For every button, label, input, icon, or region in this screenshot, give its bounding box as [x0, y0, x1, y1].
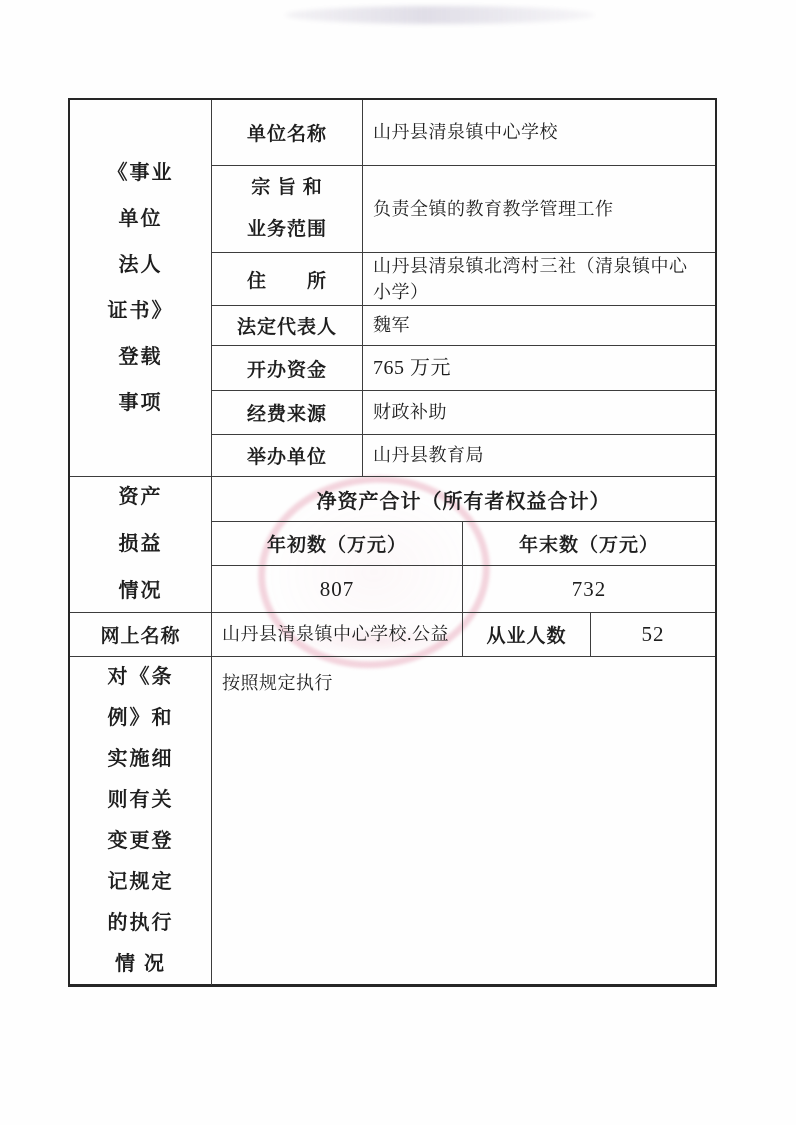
staff-count-label: 从业人数	[462, 612, 590, 656]
compliance-label-line: 情 况	[115, 944, 166, 985]
compliance-label-line: 则有关	[108, 780, 174, 821]
compliance-label-line: 的执行	[108, 903, 174, 944]
compliance-section: 对《条 例》和 实施细 则有关 变更登 记规定 的执行 情 况 按照规定执行	[70, 656, 715, 985]
legal-rep-label: 法定代表人	[211, 305, 362, 345]
purpose-scope-value: 负责全镇的教育教学管理工作	[362, 165, 715, 252]
registration-table: 《事业 单位 法人 证书》 登载 事项 单位名称 山丹县清泉镇中心学校 宗 旨 …	[68, 98, 717, 987]
address-label: 住 所	[211, 252, 362, 305]
organizer-value: 山丹县教育局	[362, 434, 715, 476]
purpose-label-line1: 宗 旨 和	[251, 167, 323, 209]
net-assets-header: 净资产合计（所有者权益合计）	[211, 476, 715, 521]
funding-source-value: 财政补助	[362, 390, 715, 434]
purpose-scope-label: 宗 旨 和 业务范围	[211, 165, 362, 252]
year-start-header: 年初数（万元）	[211, 521, 462, 565]
cert-label-line: 《事业	[108, 150, 174, 196]
staff-count-value: 52	[590, 612, 715, 656]
funding-source-label: 经费来源	[211, 390, 362, 434]
compliance-label-line: 对《条	[108, 657, 174, 698]
organizer-label: 举办单位	[211, 434, 362, 476]
compliance-label-line: 变更登	[108, 821, 174, 862]
assets-section: 资产 损益 情况 净资产合计（所有者权益合计） 年初数（万元） 年末数（万元） …	[70, 476, 715, 612]
online-name-label: 网上名称	[70, 612, 211, 656]
purpose-label-line2: 业务范围	[247, 209, 327, 251]
cert-label-line: 登载	[119, 334, 163, 380]
compliance-value: 按照规定执行	[211, 656, 715, 985]
compliance-label-line: 实施细	[108, 739, 174, 780]
cert-label-line: 事项	[119, 380, 163, 426]
unit-name-label: 单位名称	[211, 100, 362, 165]
year-end-header: 年末数（万元）	[462, 521, 715, 565]
compliance-label-line: 例》和	[108, 698, 174, 739]
cert-label-line: 证书》	[108, 288, 174, 334]
online-name-row: 网上名称 山丹县清泉镇中心学校.公益 从业人数 52	[70, 612, 715, 656]
compliance-label-line: 记规定	[108, 862, 174, 903]
cert-items-section: 《事业 单位 法人 证书》 登载 事项 单位名称 山丹县清泉镇中心学校 宗 旨 …	[70, 100, 715, 476]
scan-smudge-artifact	[285, 6, 595, 24]
assets-label-line: 情况	[119, 568, 163, 615]
cert-section-label: 《事业 单位 法人 证书》 登载 事项	[70, 100, 211, 476]
unit-name-value: 山丹县清泉镇中心学校	[362, 100, 715, 165]
cert-label-line: 单位	[119, 196, 163, 242]
legal-rep-value: 魏军	[362, 305, 715, 345]
cert-label-line: 法人	[119, 242, 163, 288]
assets-label-line: 资产	[119, 474, 163, 521]
startup-capital-label: 开办资金	[211, 345, 362, 390]
compliance-section-label: 对《条 例》和 实施细 则有关 变更登 记规定 的执行 情 况	[70, 656, 211, 985]
online-name-value: 山丹县清泉镇中心学校.公益	[211, 612, 462, 656]
scanned-page: 《事业 单位 法人 证书》 登载 事项 单位名称 山丹县清泉镇中心学校 宗 旨 …	[0, 0, 796, 1125]
assets-section-label: 资产 损益 情况	[70, 476, 211, 612]
year-end-value: 732	[462, 565, 715, 612]
assets-label-line: 损益	[119, 521, 163, 568]
year-start-value: 807	[211, 565, 462, 612]
startup-capital-value: 765 万元	[362, 345, 715, 390]
address-value: 山丹县清泉镇北湾村三社（清泉镇中心小学）	[362, 252, 715, 305]
